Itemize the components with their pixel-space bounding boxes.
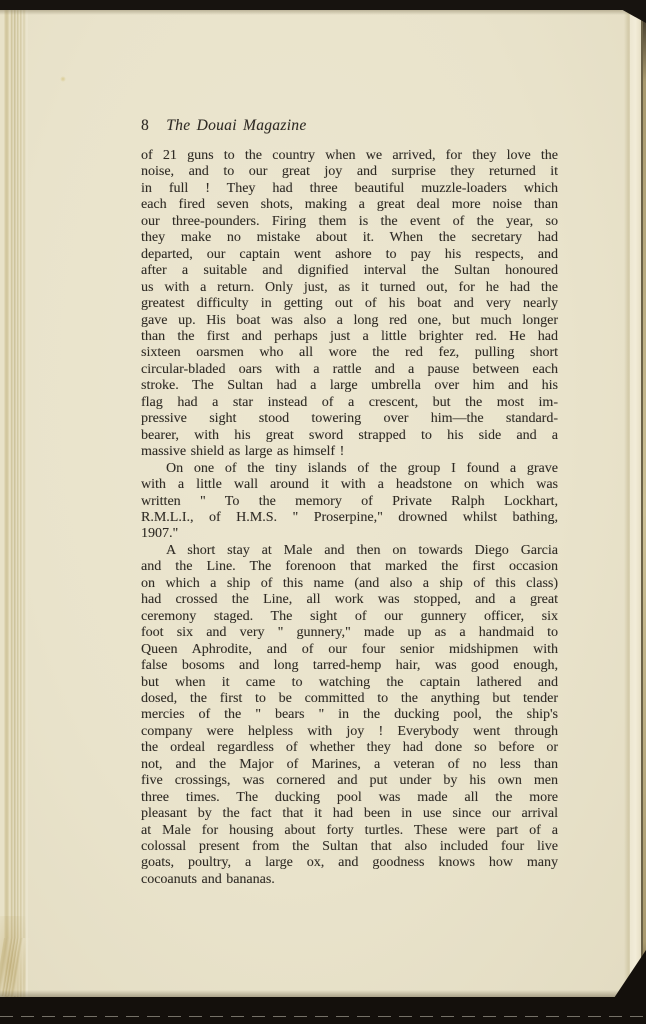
bottom-frame-bar — [0, 997, 646, 1024]
text-line: noise, and to our great joy and surprise… — [141, 164, 558, 180]
text-line: they make no mistake about it. When the … — [141, 230, 558, 246]
text-line: us with a return. Only just, as it turne… — [141, 280, 558, 296]
text-line: R.M.L.I., of H.M.S. " Proserpine," drown… — [141, 510, 558, 526]
page-stain — [0, 916, 26, 1000]
top-edge-shadow — [0, 10, 646, 15]
text-line: pressive sight stood towering over him—t… — [141, 411, 558, 427]
text-line: at Male for housing about forty turtles.… — [141, 823, 558, 839]
text-line: in full ! They had three beautiful muzzl… — [141, 181, 558, 197]
text-line: colossal present from the Sultan that al… — [141, 839, 558, 855]
page-body: of 21 guns to the country when we arrive… — [141, 148, 558, 888]
text-line: On one of the tiny islands of the group … — [141, 461, 558, 477]
text-line: circular-bladed oars with a rattle and a… — [141, 362, 558, 378]
bottom-edge-shadow — [0, 990, 646, 997]
text-line: company were helpless with joy ! Everybo… — [141, 724, 558, 740]
text-line: greatest difficulty in getting out of hi… — [141, 296, 558, 312]
paper-fleck — [60, 76, 66, 82]
text-line: gave up. His boat was also a long red on… — [141, 313, 558, 329]
text-line: bearer, with his great sword strapped to… — [141, 428, 558, 444]
magazine-title: The Douai Magazine — [166, 116, 306, 136]
text-line: cocoanuts and bananas. — [141, 872, 558, 888]
text-line: foot six and very " gunnery," made up as… — [141, 625, 558, 641]
page-number: 8 — [141, 116, 149, 136]
text-line: 1907." — [141, 526, 558, 542]
text-line: A short stay at Male and then on towards… — [141, 543, 558, 559]
text-line: but when it came to watching the captain… — [141, 675, 558, 691]
text-line: after a suitable and dignified interval … — [141, 263, 558, 279]
text-line: massive shield as large as himself ! — [141, 444, 558, 460]
text-line: the ordeal regardless of whether they ha… — [141, 740, 558, 756]
text-line: of 21 guns to the country when we arrive… — [141, 148, 558, 164]
text-line: than the first and perhaps just a little… — [141, 329, 558, 345]
text-line: had crossed the Line, all work was stopp… — [141, 592, 558, 608]
text-line: false bosoms and long tarred-hemp hair, … — [141, 658, 558, 674]
text-line: on which a ship of this name (and also a… — [141, 576, 558, 592]
text-line: each fired seven shots, making a great d… — [141, 197, 558, 213]
book-scan: 8 The Douai Magazine of 21 guns to the c… — [0, 0, 646, 1024]
left-page-edges — [0, 0, 28, 1024]
text-line: with a little wall around it with a head… — [141, 477, 558, 493]
text-line: written " To the memory of Private Ralph… — [141, 494, 558, 510]
text-line: our three-pounders. Firing them is the e… — [141, 214, 558, 230]
text-line: ceremony staged. The sight of our gunner… — [141, 609, 558, 625]
text-line: stroke. The Sultan had a large umbrella … — [141, 378, 558, 394]
text-line: three times. The ducking pool was made a… — [141, 790, 558, 806]
text-line: not, and the Major of Marines, a veteran… — [141, 757, 558, 773]
binding-highlight-line — [0, 1016, 646, 1017]
text-line: departed, our captain went ashore to pay… — [141, 247, 558, 263]
text-line: flag had a star instead of a crescent, b… — [141, 395, 558, 411]
text-line: mercies of the " bears " in the ducking … — [141, 707, 558, 723]
text-line: goats, poultry, a large ox, and goodness… — [141, 855, 558, 871]
text-line: pleasant by the fact that it had been in… — [141, 806, 558, 822]
text-line: and the Line. The forenoon that marked t… — [141, 559, 558, 575]
running-head: 8 The Douai Magazine — [141, 116, 558, 136]
text-line: dosed, the first to be committed to the … — [141, 691, 558, 707]
text-line: Queen Aphrodite, and of our four senior … — [141, 642, 558, 658]
text-line: sixteen oarsmen who all wore the red fez… — [141, 345, 558, 361]
top-frame-bar — [0, 0, 646, 10]
book-page: 8 The Douai Magazine of 21 guns to the c… — [141, 116, 558, 888]
text-line: five crossings, was cornered and put und… — [141, 773, 558, 789]
